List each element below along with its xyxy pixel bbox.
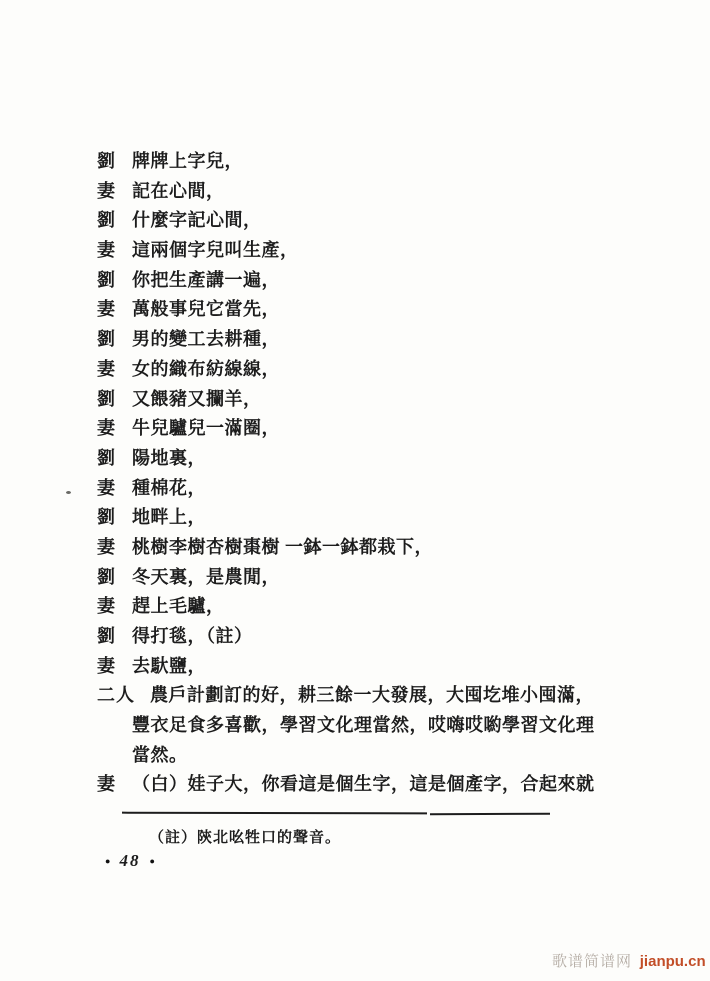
dialogue-text: 當然。	[132, 741, 188, 767]
dialogue-row: 劉牌牌上字兒，	[97, 147, 657, 177]
speaker-label: 妻	[97, 474, 116, 500]
dialogue-row: 妻去馱鹽，	[97, 652, 657, 682]
dialogue-row: 劉陽地裏，	[97, 444, 657, 474]
dialogue-row: 劉你把生產講一遍，	[97, 266, 657, 296]
dialogue-row: 劉得打毯，（註）	[97, 622, 657, 652]
watermark-site-name: 歌谱简谱网	[552, 954, 632, 970]
dialogue-text: 這兩個字兒叫生產，	[132, 236, 299, 262]
dialogue-row: 劉什麼字記心間，	[97, 206, 657, 236]
dialogue-text: 豐衣足食多喜歡，學習文化理當然，哎嗨哎喲學習文化理	[132, 711, 595, 737]
speaker-label: 妻	[97, 236, 116, 262]
dialogue-text: 農戶計劃訂的好，耕三餘一大發展，大囤圪堆小囤滿，	[150, 681, 594, 707]
dialogue-row: 劉地畔上，	[97, 503, 657, 533]
dialogue-text: 牌牌上字兒，	[132, 147, 243, 173]
dialogue-row: 妻（白）娃子大，你看這是個生字，這是個產字，合起來就	[97, 770, 657, 800]
dialogue-row: 妻種棉花，	[97, 474, 657, 504]
speaker-label: 劉	[97, 622, 116, 648]
speaker-label: 妻	[97, 295, 116, 321]
watermark: 歌谱简谱网 jianpu.cn	[552, 950, 706, 971]
speaker-label: 劉	[97, 266, 116, 292]
dialogue-text: 冬天裏，是農閒，	[132, 563, 280, 589]
speaker-label: 二人	[97, 681, 135, 707]
dialogue-row: 二人農戶計劃訂的好，耕三餘一大發展，大囤圪堆小囤滿，	[97, 681, 657, 711]
dialogue-text: 萬般事兒它當先，	[132, 295, 280, 321]
dialogue-text: 什麼字記心間，	[132, 206, 262, 232]
page-number-bullet-right: ●	[149, 857, 154, 866]
speaker-label: 妻	[97, 592, 116, 618]
dialogue-row: 妻桃樹李樹杏樹棗樹 一鉢一鉢都栽下，	[97, 533, 657, 563]
dialogue-row: 妻牛兒驢兒一滿圈，	[97, 414, 657, 444]
speaker-label: 劉	[97, 147, 116, 173]
dialogue-row: 妻趕上毛驢，	[97, 592, 657, 622]
speaker-label: 妻	[97, 652, 116, 678]
dialogue-row: 當然。	[97, 741, 657, 771]
dialogue-text: 地畔上，	[132, 503, 206, 529]
dialogue-text: 又餵豬又攔羊，	[132, 385, 262, 411]
dialogue-row: 劉又餵豬又攔羊，	[97, 385, 657, 415]
page-number: ● 48 ●	[105, 851, 155, 871]
page-number-value: 48	[119, 851, 140, 871]
dialogue-script-block: 劉牌牌上字兒，妻記在心間，劉什麼字記心間，妻這兩個字兒叫生產，劉你把生產講一遍，…	[97, 147, 657, 800]
dialogue-text: 桃樹李樹杏樹棗樹 一鉢一鉢都栽下，	[132, 533, 433, 559]
dialogue-text: 得打毯，（註）	[132, 622, 253, 648]
speaker-label: 妻	[97, 770, 116, 796]
dialogue-text: 去馱鹽，	[132, 652, 206, 678]
speaker-label: 劉	[97, 385, 116, 411]
speaker-label: 劉	[97, 444, 116, 470]
scanned-book-page: 劉牌牌上字兒，妻記在心間，劉什麼字記心間，妻這兩個字兒叫生產，劉你把生產講一遍，…	[0, 0, 710, 981]
dialogue-text: 趕上毛驢，	[132, 592, 225, 618]
dialogue-text: 女的織布紡線線，	[132, 355, 280, 381]
speaker-label: 劉	[97, 503, 116, 529]
dialogue-text: 你把生產講一遍，	[132, 266, 280, 292]
dialogue-row: 妻女的織布紡線線，	[97, 355, 657, 385]
dialogue-row: 豐衣足食多喜歡，學習文化理當然，哎嗨哎喲學習文化理	[97, 711, 657, 741]
footnote-text: （註）陝北吆牲口的聲音。	[149, 826, 341, 847]
dialogue-text: 陽地裏，	[132, 444, 206, 470]
dialogue-row: 劉冬天裏，是農閒，	[97, 563, 657, 593]
speaker-label: 劉	[97, 325, 116, 351]
speaker-label: 妻	[97, 533, 116, 559]
page-number-bullet-left: ●	[105, 857, 110, 866]
footnote-divider-line	[122, 812, 427, 815]
footnote-divider-line-segment	[430, 813, 550, 815]
dialogue-text: （白）娃子大，你看這是個生字，這是個產字，合起來就	[132, 770, 595, 796]
dialogue-row: 妻萬般事兒它當先，	[97, 295, 657, 325]
speaker-label: 劉	[97, 206, 116, 232]
dialogue-text: 牛兒驢兒一滿圈，	[132, 414, 280, 440]
dialogue-row: 妻這兩個字兒叫生產，	[97, 236, 657, 266]
watermark-site-url: jianpu.cn	[640, 953, 706, 970]
dialogue-text: 記在心間，	[132, 177, 225, 203]
dialogue-text: 種棉花，	[132, 474, 206, 500]
dialogue-text: 男的變工去耕種，	[132, 325, 280, 351]
dialogue-row: 妻記在心間，	[97, 177, 657, 207]
speaker-label: 劉	[97, 563, 116, 589]
ink-speck-artifact	[66, 491, 71, 494]
speaker-label: 妻	[97, 355, 116, 381]
speaker-label: 妻	[97, 414, 116, 440]
speaker-label: 妻	[97, 177, 116, 203]
dialogue-row: 劉男的變工去耕種，	[97, 325, 657, 355]
